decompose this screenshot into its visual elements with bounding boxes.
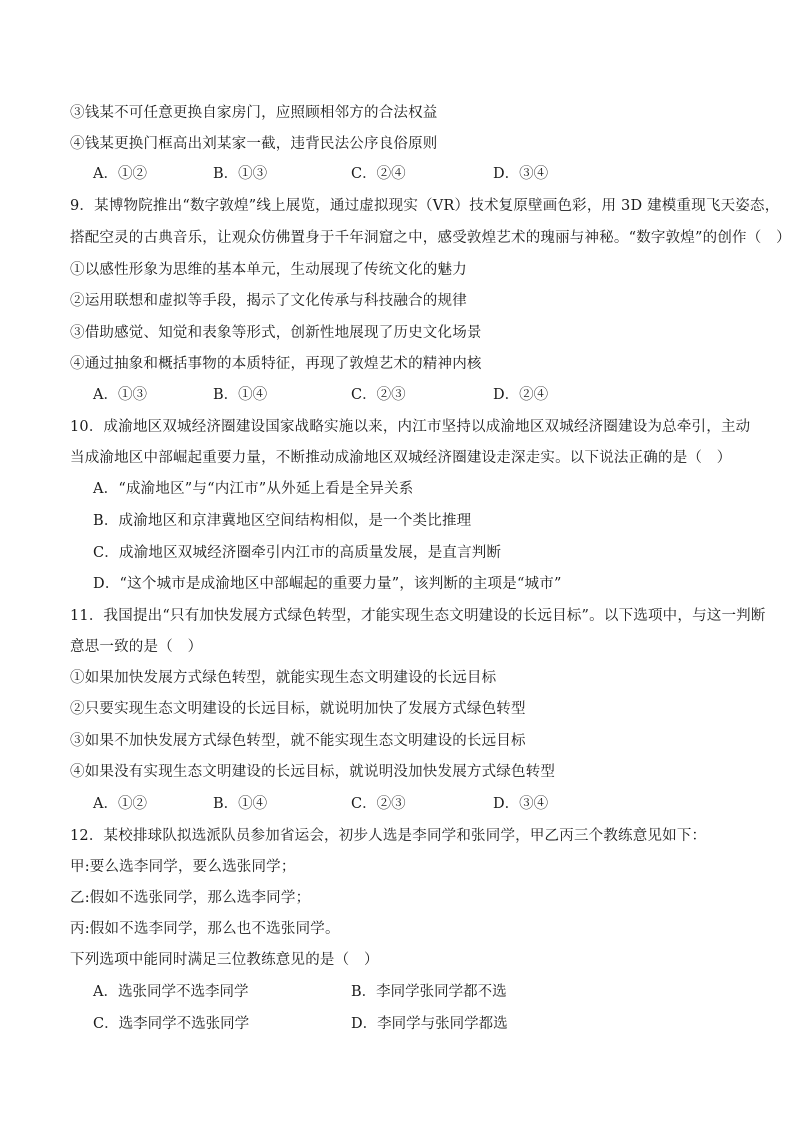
q9-option-d[interactable]: D．②④ xyxy=(493,385,548,405)
q8-option-a[interactable]: A．①② xyxy=(93,164,147,184)
q12-stem: 12．某校排球队拟选派队员参加省运会，初步人选是李同学和张同学，甲乙丙三个教练意… xyxy=(70,826,706,846)
q11-statement-3: ③如果不加快发展方式绿色转型，就不能实现生态文明建设的长远目标 xyxy=(70,731,526,751)
q8-statement-4: ④钱某更换门框高出刘某家一截，违背民法公序良俗原则 xyxy=(70,134,438,154)
q9-statement-3: ③借助感觉、知觉和表象等形式，创新性地展现了历史文化场景 xyxy=(70,323,482,343)
q12-opinion-jia: 甲:要么选李同学，要么选张同学； xyxy=(70,857,296,877)
q11-statement-1: ①如果加快发展方式绿色转型，就能实现生态文明建设的长远目标 xyxy=(70,668,496,688)
q12-option-d[interactable]: D．李同学与张同学都选 xyxy=(351,1014,508,1034)
q12-opinion-yi: 乙:假如不选张同学，那么选李同学； xyxy=(70,888,310,908)
q10-option-a[interactable]: A．“成渝地区”与“内江市”从外延上看是全异关系 xyxy=(93,479,413,499)
q9-option-c[interactable]: C．②③ xyxy=(351,385,406,405)
q11-option-c[interactable]: C．②③ xyxy=(351,794,406,814)
q11-stem-line-2: 意思一致的是（ ） xyxy=(70,637,202,657)
q9-stem-line-2: 搭配空灵的古典音乐，让观众仿佛置身于千年洞窟之中，感受敦煌艺术的瑰丽与神秘。“数… xyxy=(70,228,791,248)
q12-option-c[interactable]: C．选李同学不选张同学 xyxy=(93,1014,249,1034)
q11-statement-2: ②只要实现生态文明建设的长远目标，就说明加快了发展方式绿色转型 xyxy=(70,699,526,719)
q10-option-c[interactable]: C．成渝地区双城经济圈牵引内江市的高质量发展，是直言判断 xyxy=(93,543,501,563)
q10-stem-line-2: 当成渝地区中部崛起重要力量，不断推动成渝地区双城经济圈建设走深走实。以下说法正确… xyxy=(70,448,732,468)
q9-stem-line-1: 9．某博物院推出“数字敦煌”线上展览，通过虚拟现实（VR）技术复原壁画色彩，用 … xyxy=(70,196,779,216)
q11-stem-line-1: 11．我国提出“只有加快发展方式绿色转型，才能实现生态文明建设的长远目标”。以下… xyxy=(70,606,766,626)
q11-option-a[interactable]: A．①② xyxy=(93,794,147,814)
q8-statement-3: ③钱某不可任意更换自家房门，应照顾相邻方的合法权益 xyxy=(70,103,438,123)
q8-option-d[interactable]: D．③④ xyxy=(493,164,548,184)
q8-option-b[interactable]: B．①③ xyxy=(213,164,267,184)
q8-option-c[interactable]: C．②④ xyxy=(351,164,406,184)
q12-opinion-bing: 丙:假如不选李同学，那么也不选张同学。 xyxy=(70,919,340,939)
q10-option-d[interactable]: D．“这个城市是成渝地区中部崛起的重要力量”，该判断的主项是“城市” xyxy=(93,574,562,594)
q11-option-b[interactable]: B．①④ xyxy=(213,794,267,814)
q9-option-a[interactable]: A．①③ xyxy=(93,385,147,405)
q9-statement-1: ①以感性形象为思维的基本单元，生动展现了传统文化的魅力 xyxy=(70,260,467,280)
q12-option-b[interactable]: B．李同学张同学都不选 xyxy=(351,982,507,1002)
q10-stem-line-1: 10．成渝地区双城经济圈建设国家战略实施以来，内江市坚持以成渝地区双城经济圈建设… xyxy=(70,417,750,437)
q9-option-b[interactable]: B．①④ xyxy=(213,385,267,405)
q11-option-d[interactable]: D．③④ xyxy=(493,794,548,814)
q11-statement-4: ④如果没有实现生态文明建设的长远目标，就说明没加快发展方式绿色转型 xyxy=(70,762,555,782)
q9-statement-4: ④通过抽象和概括事物的本质特征，再现了敦煌艺术的精神内核 xyxy=(70,354,482,374)
q10-option-b[interactable]: B．成渝地区和京津冀地区空间结构相似，是一个类比推理 xyxy=(93,511,471,531)
q12-option-a[interactable]: A．选张同学不选李同学 xyxy=(93,982,248,1002)
q9-statement-2: ②运用联想和虚拟等手段，揭示了文化传承与科技融合的规律 xyxy=(70,291,467,311)
q12-question: 下列选项中能同时满足三位教练意见的是（ ） xyxy=(70,950,379,970)
